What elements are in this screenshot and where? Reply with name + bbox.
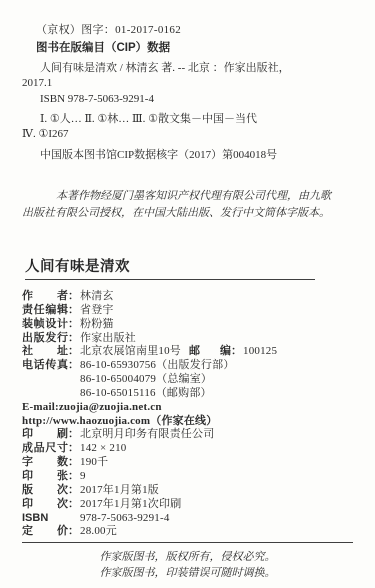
row-value: 2017年1月第1次印刷 [80,498,181,510]
row-website: http://www.haozuojia.com（作家在线） [22,415,353,429]
row-separator: ： [68,332,80,346]
row-value: 省登宇 [80,304,114,316]
footer-notices: 作家版图书，版权所有，侵权必究。 作家版图书，印装错误可随时调换。 [22,549,353,581]
cip-record-number: 中国版本图书馆CIP数据核字（2017）第004018号 [40,149,353,162]
row-value: 28.00元 [80,525,117,537]
row-label: 印张 [22,470,68,484]
row-label: 电话传真 [22,359,68,373]
book-title: 人间有味是清欢 [25,255,315,276]
row-label: 印次 [22,498,68,512]
row-value: 978-7-5063-9291-4 [80,512,170,524]
row-value: 2017年1月第1版 [80,484,159,496]
row-label: 社址 [22,345,68,359]
license-statement-line1: 本著作物经厦门墨客知识产权代理有限公司代理，由九歌 [22,188,353,205]
cip-block: （京权）图字：01-2017-0162 图书在版编目（CIP）数据 人间有味是清… [22,24,353,162]
row-label: 印刷 [22,428,68,442]
license-statement-line2: 出版社有限公司授权，在中国大陆出版、发行中文简体字版本。 [22,205,353,222]
copyright-page: （京权）图字：01-2017-0162 图书在版编目（CIP）数据 人间有味是清… [0,0,375,588]
row-separator: ： [68,456,80,470]
row-phone-2: 86-10-65004079（总编室） [22,373,353,387]
title-block: 人间有味是清欢 [25,255,315,280]
exchange-notice: 作家版图书，印装错误可随时调换。 [22,565,353,581]
row-author: 作者：林清玄 [22,290,353,304]
row-separator: ： [68,484,80,498]
row-label: 作者 [22,290,68,304]
row-value: 北京明月印务有限责任公司 [80,428,214,440]
row-email: E-mail:zuojia@zuojia.net.cn [22,401,353,415]
cip-heading: 图书在版编目（CIP）数据 [36,42,353,55]
cip-classification-line1: Ⅰ. ①人… Ⅱ. ①林… Ⅲ. ①散文集－中国－当代 [40,113,353,126]
row-publisher: 出版发行：作家出版社 [22,332,353,346]
footer-divider [22,542,353,543]
row-separator: ： [68,470,80,484]
row-separator: ： [68,442,80,456]
row-separator: ： [68,525,80,539]
row-value: 9 [80,470,86,482]
row-value: 190千 [80,456,108,468]
row-label-postcode: 邮编 [189,345,231,359]
row-price: 定价：28.00元 [22,525,353,539]
row-value: 86-10-65015116（邮购部） [80,387,212,399]
row-label: 定价 [22,525,68,539]
row-separator: ： [68,304,80,318]
row-editor: 责任编辑：省登宇 [22,304,353,318]
row-separator: ： [68,290,80,304]
row-separator: ： [68,428,80,442]
row-value: 北京农展馆南里10号 [80,345,181,357]
row-label: 装帧设计 [22,318,68,332]
row-separator: ： [68,359,80,373]
row-phone-1: 电话传真：86-10-65930756（出版发行部） [22,359,353,373]
row-size: 成品尺寸：142 × 210 [22,442,353,456]
row-printing: 印次：2017年1月第1次印刷 [22,498,353,512]
row-address: 社址：北京农展馆南里10号邮编：100125 [22,345,353,359]
row-separator: ： [231,345,243,359]
row-edition: 版次：2017年1月第1版 [22,484,353,498]
row-value: 142 × 210 [80,442,127,454]
row-label: 字数 [22,456,68,470]
copyright-notice: 作家版图书，版权所有，侵权必究。 [22,549,353,565]
row-phone-3: 86-10-65015116（邮购部） [22,387,353,401]
row-label: 成品尺寸 [22,442,68,456]
license-statement: 本著作物经厦门墨客知识产权代理有限公司代理，由九歌 出版社有限公司授权，在中国大… [22,188,353,222]
row-value: 粉粉猫 [80,318,114,330]
colophon-rows: 作者：林清玄 责任编辑：省登宇 装帧设计：粉粉猫 出版发行：作家出版社 社址：北… [22,290,353,539]
row-value: 作家出版社 [80,332,136,344]
row-sheets: 印张：9 [22,470,353,484]
license-registration-number: （京权）图字：01-2017-0162 [36,24,353,37]
row-separator: ： [68,318,80,332]
row-label: 出版发行 [22,332,68,346]
cip-isbn: ISBN 978-7-5063-9291-4 [40,93,353,106]
row-designer: 装帧设计：粉粉猫 [22,318,353,332]
row-label: 版次 [22,484,68,498]
row-separator: ： [68,345,80,359]
cip-classification-line2: Ⅳ. ①I267 [22,128,353,141]
row-label: 责任编辑 [22,304,68,318]
row-separator: ： [68,498,80,512]
cip-entry-line2: 2017.1 [22,77,353,90]
row-value: 林清玄 [80,290,114,302]
row-value-postcode: 100125 [243,345,277,357]
row-value: 86-10-65004079（总编室） [80,373,212,385]
cip-entry-line1: 人间有味是清欢 / 林清玄 著. -- 北京 ：作家出版社， [40,62,353,75]
row-isbn: ISBN978-7-5063-9291-4 [22,512,353,526]
row-label: ISBN [22,512,68,526]
row-printer: 印刷：北京明月印务有限责任公司 [22,428,353,442]
row-word-count: 字数：190千 [22,456,353,470]
row-value: 86-10-65930756（出版发行部） [80,359,235,371]
